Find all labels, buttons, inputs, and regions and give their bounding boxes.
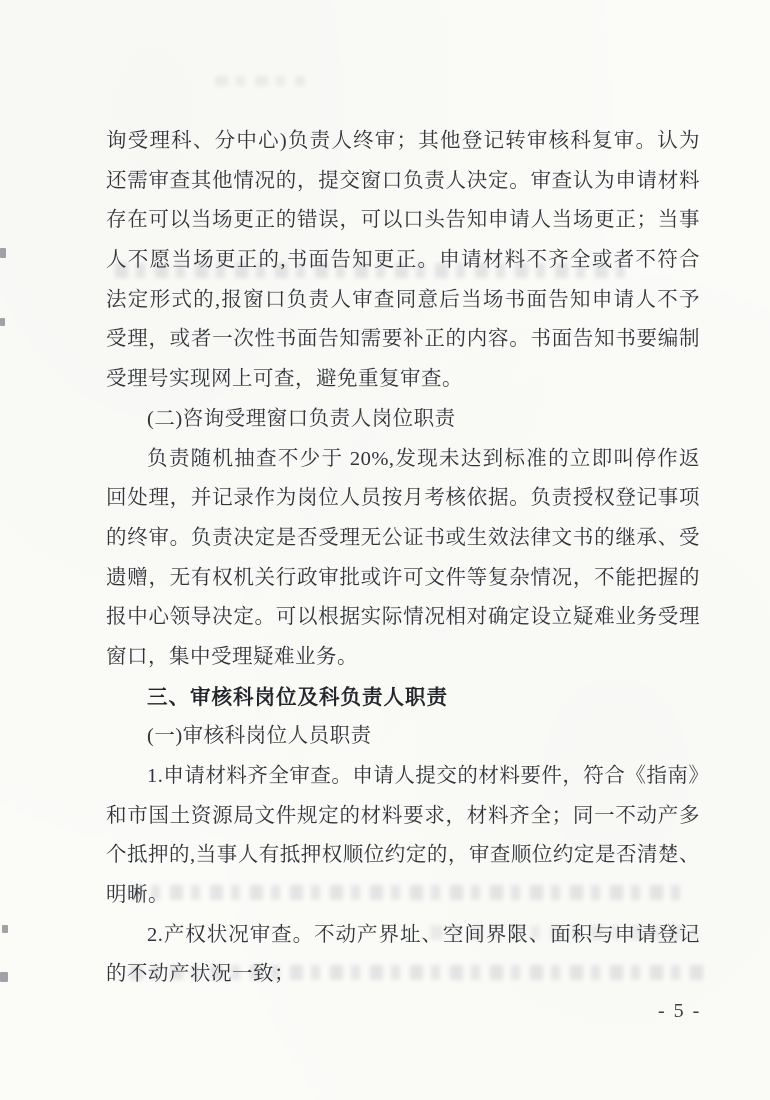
text-line-11: 的终审。负责决定是否受理无公证书或生效法律文书的继承、受 (106, 519, 700, 559)
scan-speck (2, 925, 8, 933)
text-line-5: 法定形式的,报窗口负责人审查同意后当场书面告知申请人不予 (106, 281, 700, 321)
text-line-16: (一)审核科岗位人员职责 (106, 717, 700, 757)
text-line-15: 三、审核科岗位及科负责人职责 (106, 678, 700, 718)
document-page: 询受理科、分中心)负责人终审；其他登记转审核科复审。认为还需审查其他情况的，提交… (0, 0, 770, 1100)
text-line-13: 报中心领导决定。可以根据实际情况相对确定设立疑难业务受理 (106, 598, 700, 638)
text-line-9: 负责随机抽查不少于 20%,发现未达到标准的立即叫停作返 (106, 440, 700, 480)
text-line-20: 明晰。 (106, 876, 700, 916)
text-line-4: 人不愿当场更正的,书面告知更正。申请材料不齐全或者不符合 (106, 241, 700, 281)
text-line-17: 1.申请材料齐全审查。申请人提交的材料要件，符合《指南》 (106, 757, 700, 797)
text-line-10: 回处理，并记录作为岗位人员按月考核依据。负责授权登记事项 (106, 479, 700, 519)
text-line-14: 窗口，集中受理疑难业务。 (106, 638, 700, 678)
text-line-19: 个抵押的,当事人有抵押权顺位约定的，审查顺位约定是否清楚、 (106, 836, 700, 876)
text-line-12: 遗赠，无有权机关行政审批或许可文件等复杂情况，不能把握的 (106, 559, 700, 599)
page-number: - 5 - (658, 1000, 701, 1023)
text-line-7: 受理号实现网上可查，避免重复审查。 (106, 360, 700, 400)
text-line-1: 询受理科、分中心)负责人终审；其他登记转审核科复审。认为 (106, 122, 700, 162)
text-line-8: (二)咨询受理窗口负责人岗位职责 (106, 400, 700, 440)
scan-speck (0, 318, 5, 326)
text-line-3: 存在可以当场更正的错误，可以口头告知申请人当场更正；当事 (106, 201, 700, 241)
document-body: 询受理科、分中心)负责人终审；其他登记转审核科复审。认为还需审查其他情况的，提交… (106, 122, 700, 995)
text-line-21: 2.产权状况审查。不动产界址、空间界限、面积与申请登记 (106, 916, 700, 956)
text-line-6: 受理，或者一次性书面告知需要补正的内容。书面告知书要编制 (106, 320, 700, 360)
scan-speck (0, 972, 8, 982)
text-line-22: 的不动产状况一致； (106, 955, 700, 995)
text-line-2: 还需审查其他情况的，提交窗口负责人决定。审查认为申请材料 (106, 162, 700, 202)
bleedthrough-artifact (215, 76, 305, 86)
scan-speck (0, 248, 6, 258)
text-line-18: 和市国土资源局文件规定的材料要求，材料齐全；同一不动产多 (106, 797, 700, 837)
